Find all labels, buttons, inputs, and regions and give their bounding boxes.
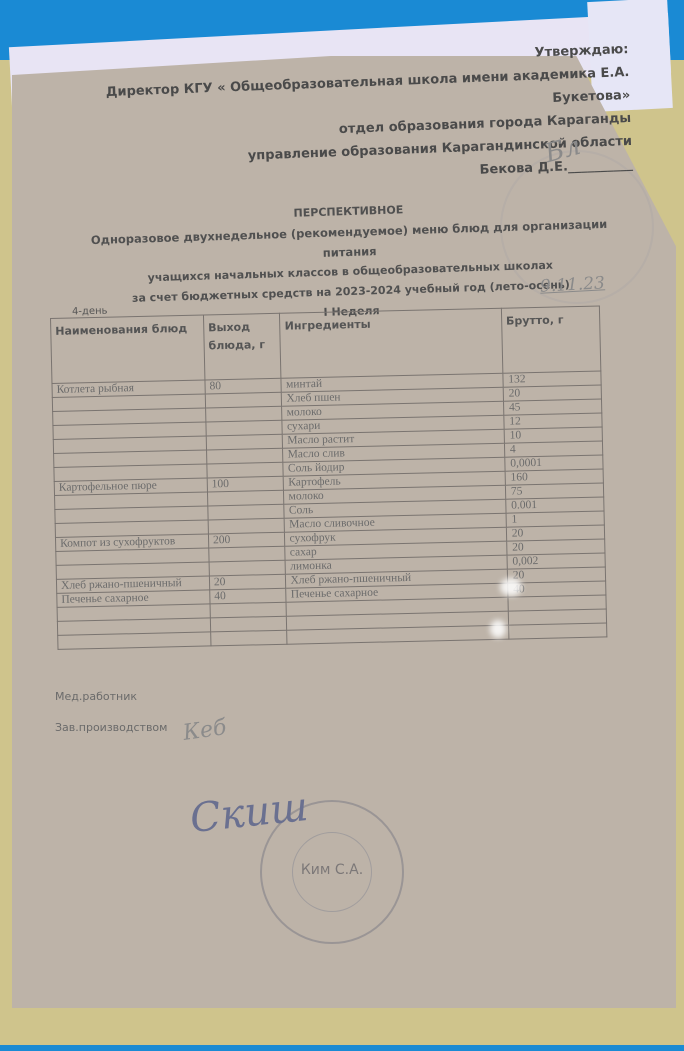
table-header-row: Наименования блюд Выход блюда, г Ингреди… <box>51 306 601 383</box>
med-worker-label: Мед.работник <box>55 690 167 703</box>
day-label: 4-день <box>72 306 108 318</box>
approval-block: Утверждаю: Директор КГУ « Общеобразовате… <box>68 38 633 197</box>
cell-yield <box>211 630 288 646</box>
glare-reflection <box>500 578 522 596</box>
production-head-label: Зав.производством <box>55 721 167 734</box>
handwritten-date: 9.11.23 <box>540 273 606 296</box>
glare-reflection <box>490 620 506 638</box>
cell-gross <box>508 623 606 639</box>
header-ingredients: Ингредиенты <box>280 308 503 378</box>
signature-block: Мед.работник Зав.производством <box>55 690 167 752</box>
header-dish: Наименования блюд <box>51 315 205 383</box>
menu-table: Наименования блюд Выход блюда, г Ингреди… <box>50 306 607 650</box>
header-yield: Выход блюда, г <box>203 313 281 380</box>
stamp-name: Ким С.А. <box>262 862 402 878</box>
header-gross: Брутто, г <box>501 306 601 373</box>
cell-dish <box>58 632 211 649</box>
